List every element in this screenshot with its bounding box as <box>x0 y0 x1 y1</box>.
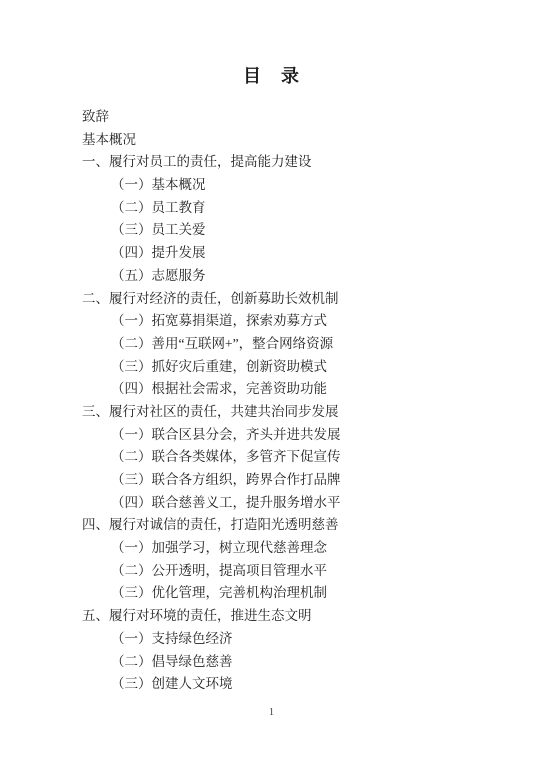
toc-entry: （三）员工关爱 <box>0 219 543 242</box>
toc-entry: 二、履行对经济的责任，创新募助长效机制 <box>0 288 543 311</box>
toc-entry: （四）根据社会需求，完善资助功能 <box>0 378 543 401</box>
toc-entry: （一）拓宽募捐渠道，探索劝募方式 <box>0 310 543 333</box>
toc-entry: （五）志愿服务 <box>0 265 543 288</box>
toc-entry: 三、履行对社区的责任，共建共治同步发展 <box>0 401 543 424</box>
toc-entry: （三）创建人文环境 <box>0 673 543 696</box>
toc-entry: （二）倡导绿色慈善 <box>0 651 543 674</box>
toc-entry: （二）公开透明，提高项目管理水平 <box>0 560 543 583</box>
toc-entry: （一）加强学习，树立现代慈善理念 <box>0 537 543 560</box>
toc-entry: （三）优化管理，完善机构治理机制 <box>0 582 543 605</box>
page-number: 1 <box>0 707 543 718</box>
toc-entry: （二）善用“互联网+”，整合网络资源 <box>0 333 543 356</box>
toc-entry: （一）联合区县分会，齐头并进共发展 <box>0 424 543 447</box>
toc-entry: （一）基本概况 <box>0 174 543 197</box>
toc-entry: （二）联合各类媒体，多管齐下促宣传 <box>0 446 543 469</box>
toc-entry: 五、履行对环境的责任，推进生态文明 <box>0 605 543 628</box>
toc-entry: （二）员工教育 <box>0 197 543 220</box>
toc-list: 致辞基本概况一、履行对员工的责任，提高能力建设（一）基本概况（二）员工教育（三）… <box>0 106 543 696</box>
toc-entry: 致辞 <box>0 106 543 129</box>
toc-entry: （四）联合慈善义工，提升服务增水平 <box>0 492 543 515</box>
toc-entry: （一）支持绿色经济 <box>0 628 543 651</box>
toc-entry: （三）抓好灾后重建，创新资助模式 <box>0 356 543 379</box>
toc-entry: 一、履行对员工的责任，提高能力建设 <box>0 151 543 174</box>
toc-entry: 基本概况 <box>0 129 543 152</box>
document-page: 目 录 致辞基本概况一、履行对员工的责任，提高能力建设（一）基本概况（二）员工教… <box>0 0 543 768</box>
toc-entry: （四）提升发展 <box>0 242 543 265</box>
page-title: 目 录 <box>0 66 543 87</box>
toc-entry: 四、履行对诚信的责任，打造阳光透明慈善 <box>0 514 543 537</box>
toc-entry: （三）联合各方组织，跨界合作打品牌 <box>0 469 543 492</box>
